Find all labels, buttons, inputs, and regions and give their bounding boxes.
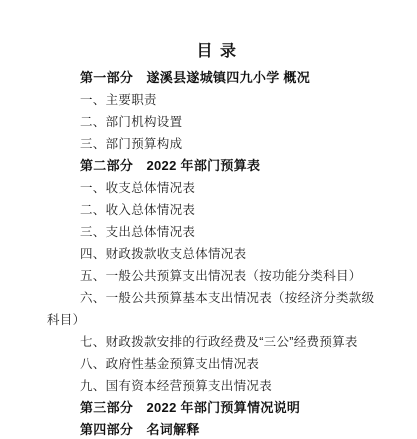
toc-entry-part2: 第二部分 2022 年部门预算表 xyxy=(47,155,387,177)
toc-entry: 一、收支总体情况表 xyxy=(47,177,387,199)
document-page: 目 录 第一部分 遂溪县遂城镇四九小学 概况 一、主要职责 二、部门机构设置 三… xyxy=(0,0,417,439)
toc-entry: 九、国有资本经营预算支出情况表 xyxy=(47,375,387,397)
toc-entry: 二、收入总体情况表 xyxy=(47,199,387,221)
toc-entry-part4: 第四部分 名词解释 xyxy=(47,419,387,439)
toc-entry-wrapping: 六、一般公共预算基本支出情况表（按经济分类款级科目） xyxy=(47,287,387,331)
toc-entry: 一、主要职责 xyxy=(47,89,387,111)
toc-entry: 五、一般公共预算支出情况表（按功能分类科目） xyxy=(47,265,387,287)
toc-entry: 三、支出总体情况表 xyxy=(47,221,387,243)
toc-entry-part1: 第一部分 遂溪县遂城镇四九小学 概况 xyxy=(47,67,387,89)
toc-entry: 八、政府性基金预算支出情况表 xyxy=(47,353,387,375)
toc-entry: 二、部门机构设置 xyxy=(47,111,387,133)
toc-entry-part3: 第三部分 2022 年部门预算情况说明 xyxy=(47,397,387,419)
toc-title: 目 录 xyxy=(47,41,387,63)
toc-entry: 七、财政拨款安排的行政经费及“三公”经费预算表 xyxy=(47,331,387,353)
toc-entry: 四、财政拨款收支总体情况表 xyxy=(47,243,387,265)
toc-content: 目 录 第一部分 遂溪县遂城镇四九小学 概况 一、主要职责 二、部门机构设置 三… xyxy=(47,0,387,439)
toc-entry: 三、部门预算构成 xyxy=(47,133,387,155)
